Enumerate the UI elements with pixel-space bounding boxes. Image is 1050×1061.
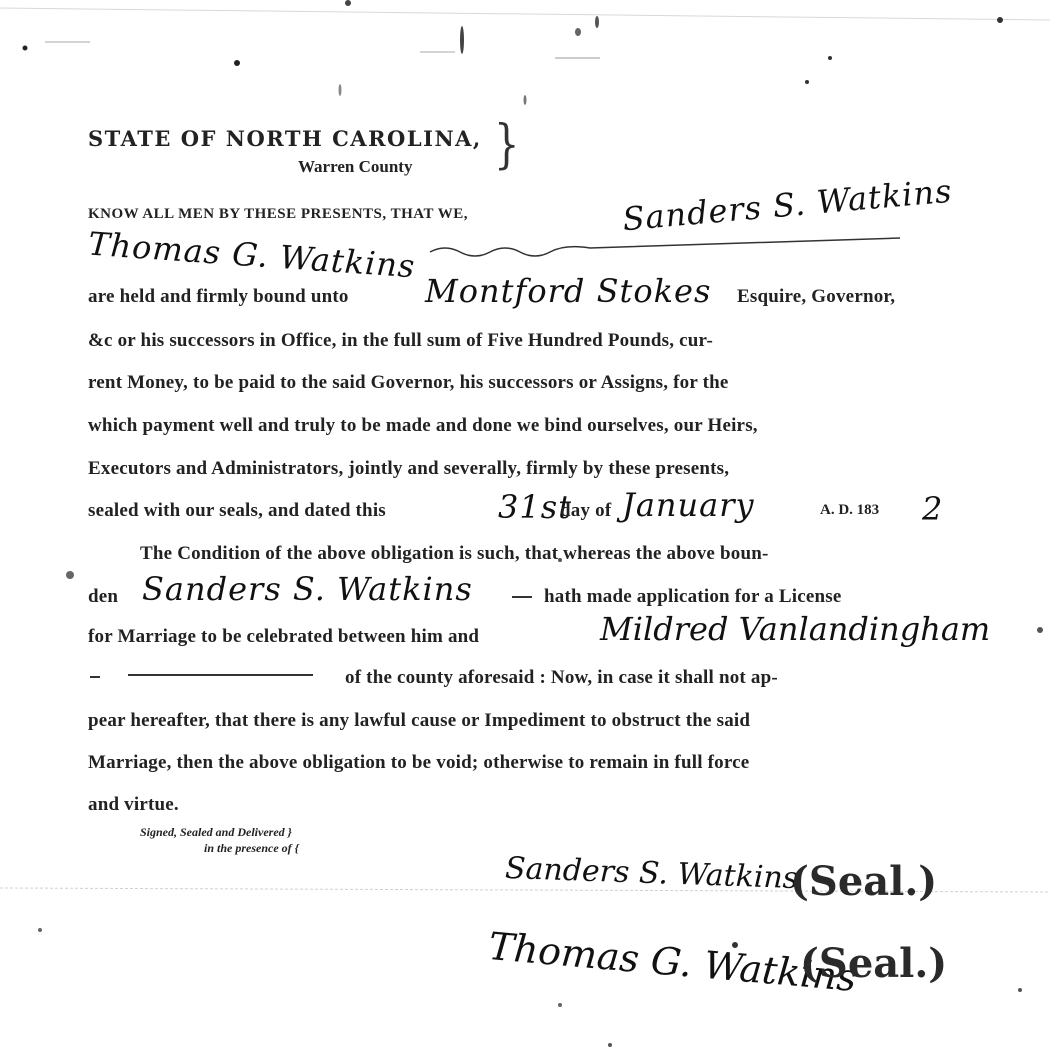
handwritten-obligor-1: Sanders S. Watkins — [621, 172, 954, 239]
body-line-7: Executors and Administrators, jointly an… — [88, 458, 729, 480]
blank-line-stroke — [128, 674, 313, 676]
state-heading: STATE OF NORTH CAROLINA, — [88, 126, 482, 151]
witness-line-1: Signed, Sealed and Delivered } — [140, 825, 292, 840]
preamble-text: KNOW ALL MEN BY THESE PRESENTS, THAT WE, — [88, 206, 468, 223]
body-line-10-post: hath made application for a License — [544, 586, 841, 608]
heading-brace: } — [494, 115, 519, 175]
marriage-bond-document: STATE OF NORTH CAROLINA, } Warren County… — [0, 0, 1050, 1061]
county-heading: Warren County — [298, 157, 412, 177]
body-line-3-post: Esquire, Governor, — [737, 286, 895, 308]
dash-mark — [512, 596, 532, 598]
flourish-line — [420, 230, 910, 270]
seal-label-2: (Seal.) — [800, 940, 947, 987]
handwritten-month: January — [622, 486, 755, 524]
body-line-6: which payment well and truly to be made … — [88, 415, 758, 437]
body-line-3-pre: are held and firmly bound unto — [88, 286, 349, 308]
handwritten-obligor-2: Thomas G. Watkins — [87, 225, 417, 286]
dash-mark — [90, 676, 100, 678]
body-line-14: Marriage, then the above obligation to b… — [88, 752, 749, 774]
handwritten-year-digit: 2 — [922, 490, 943, 528]
body-line-4: &c or his successors in Office, in the f… — [88, 330, 713, 352]
handwritten-governor: Montford Stokes — [425, 272, 711, 310]
body-line-8-mid: day of — [560, 500, 611, 522]
body-line-8-year: A. D. 183 — [820, 502, 879, 519]
body-line-9: The Condition of the above obligation is… — [140, 543, 769, 565]
body-line-5: rent Money, to be paid to the said Gover… — [88, 372, 729, 394]
body-line-13: pear hereafter, that there is any lawful… — [88, 710, 750, 732]
body-line-8-pre: sealed with our seals, and dated this — [88, 500, 386, 522]
signature-sanders: Sanders S. Watkins — [504, 851, 798, 896]
witness-line-2: in the presence of { — [204, 841, 299, 856]
seal-label-1: (Seal.) — [790, 858, 937, 905]
body-line-10-pre: den — [88, 586, 118, 608]
body-line-12: of the county aforesaid : Now, in case i… — [345, 667, 778, 689]
body-line-11: for Marriage to be celebrated between hi… — [88, 626, 479, 648]
handwritten-bride: Mildred Vanlandingham — [600, 610, 990, 648]
body-line-15: and virtue. — [88, 794, 179, 816]
handwritten-applicant: Sanders S. Watkins — [142, 570, 473, 608]
